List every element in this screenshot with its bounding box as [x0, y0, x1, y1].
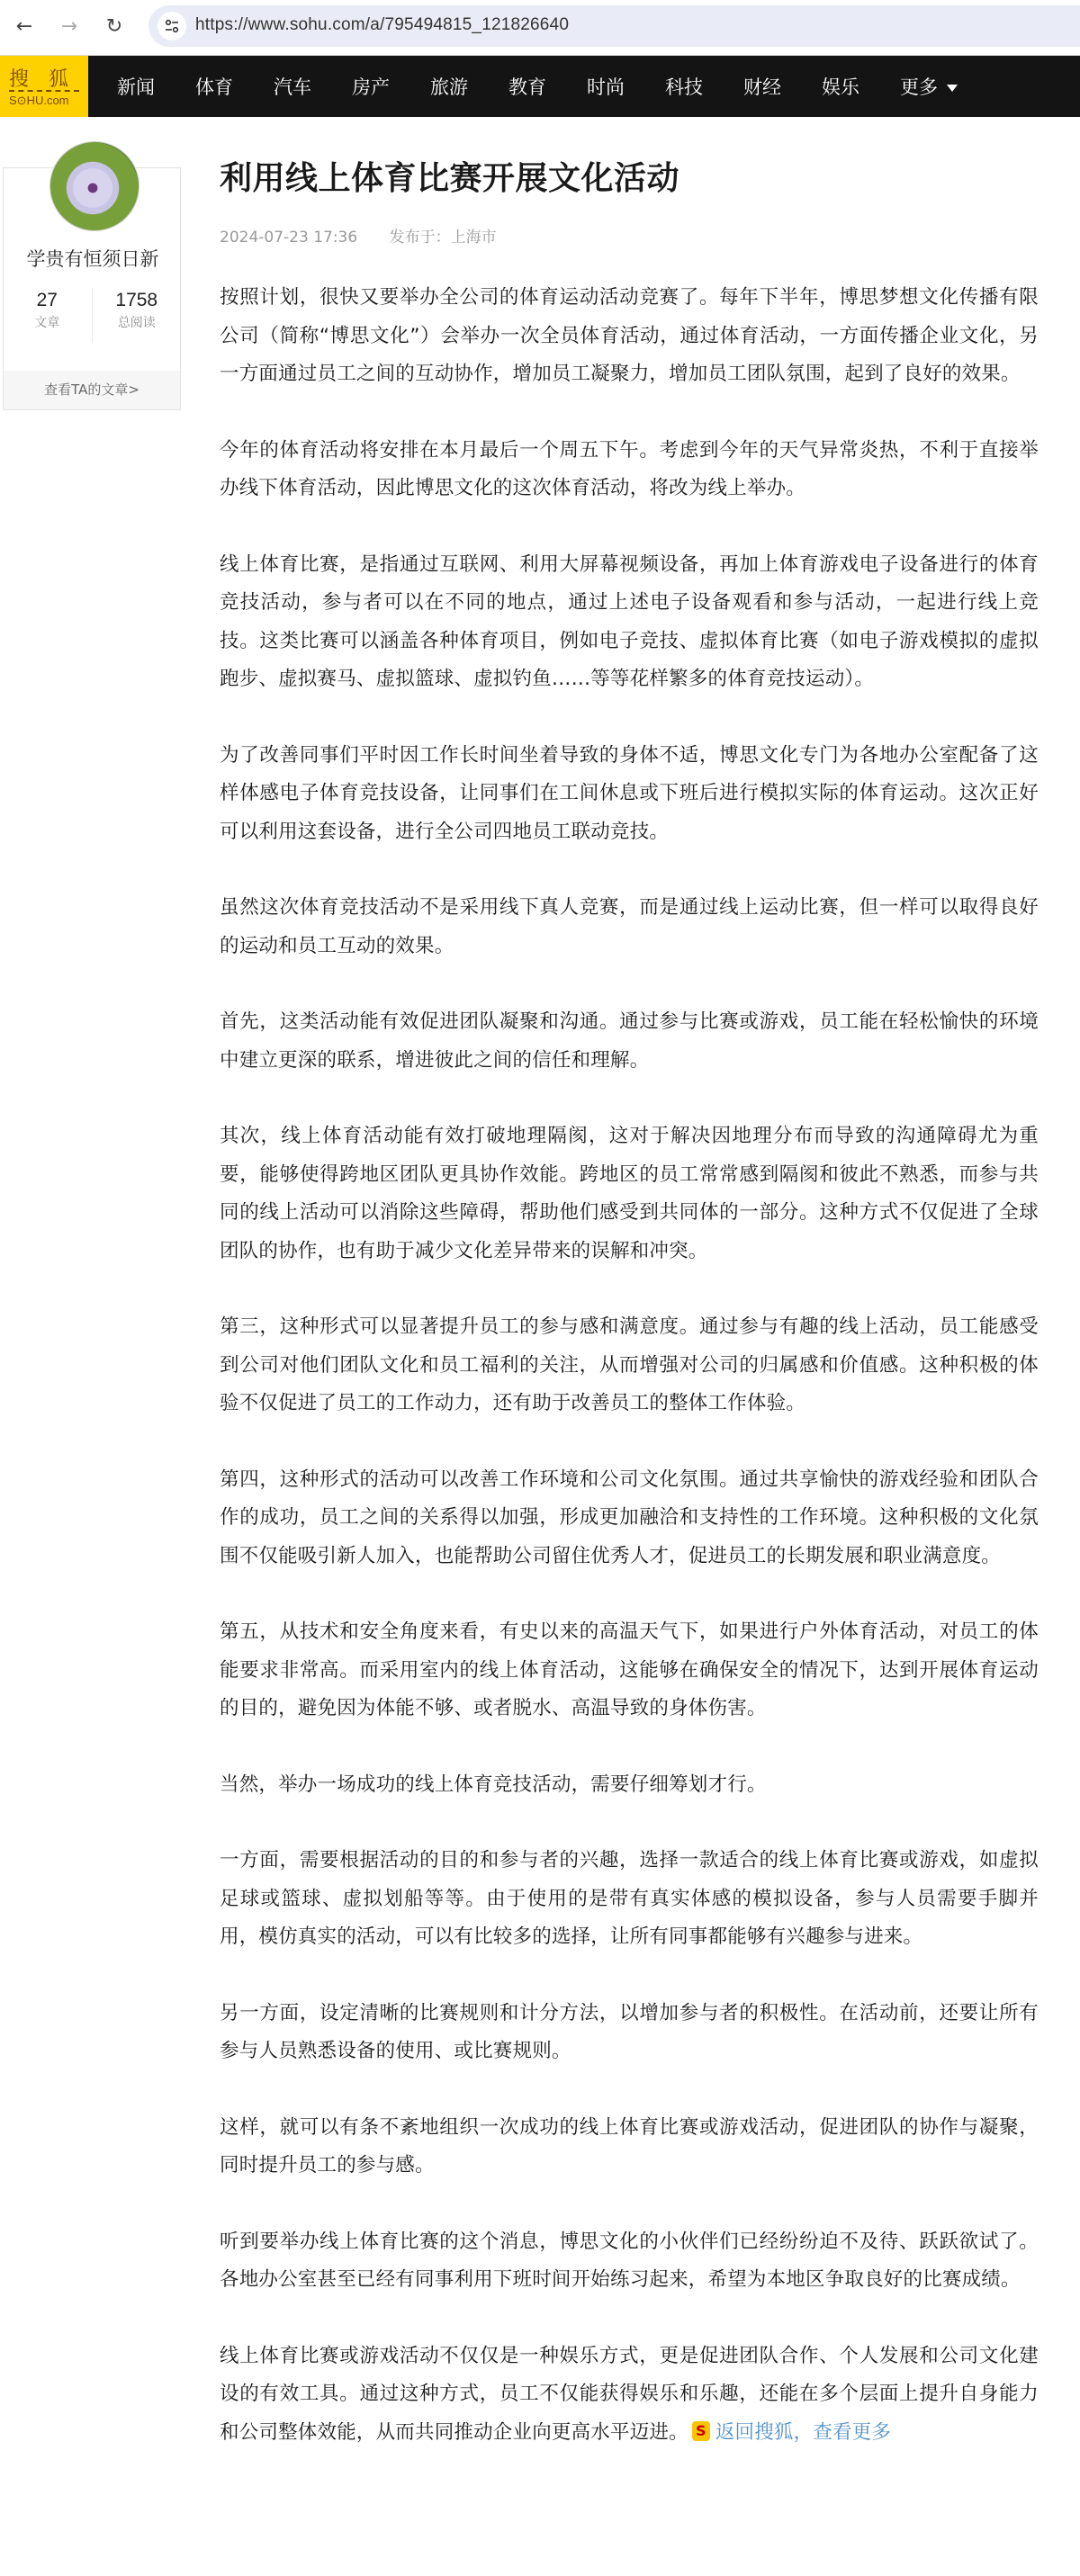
- reload-button[interactable]: ↻: [101, 13, 128, 40]
- sohu-badge-icon: S: [692, 2421, 710, 2441]
- nav-item-more[interactable]: 更多: [900, 73, 958, 100]
- forward-button[interactable]: →: [56, 13, 83, 40]
- stat-reads: 1758 总阅读: [92, 288, 182, 342]
- browser-toolbar: ← → ↻ https://www.sohu.com/a/795494815_1…: [0, 0, 1080, 56]
- site-nav: 搜狐 S⊙HU.com 新闻 体育 汽车 房产 旅游 教育 时尚 科技 财经 娱…: [0, 56, 1080, 117]
- reads-label: 总阅读: [93, 313, 182, 333]
- logo-text-cn: 搜狐: [9, 64, 88, 92]
- last-paragraph: 线上体育比赛或游戏活动不仅仅是一种娱乐方式，更是促进团队合作、个人发展和公司文化…: [220, 2338, 1039, 2453]
- article-meta: 2024-07-23 17:36 发布于：上海市: [220, 224, 1039, 247]
- article-body: 按照计划，很快又要举办全公司的体育运动活动竞赛了。每年下半年，博思梦想文化传播有…: [220, 279, 1039, 2452]
- address-bar[interactable]: https://www.sohu.com/a/795494815_1218266…: [148, 5, 1080, 47]
- paragraph: 首先，这类活动能有效促进团队凝聚和沟通。通过参与比赛或游戏，员工能在轻松愉快的环…: [220, 1003, 1039, 1080]
- paragraph: 一方面，需要根据活动的目的和参与者的兴趣，选择一款适合的线上体育比赛或游戏，如虚…: [220, 1842, 1039, 1957]
- nav-item-tech[interactable]: 科技: [665, 73, 703, 100]
- site-settings-icon[interactable]: [157, 12, 186, 40]
- caret-down-icon: [947, 85, 958, 92]
- sohu-logo[interactable]: 搜狐 S⊙HU.com: [0, 56, 88, 117]
- nav-menu: 新闻 体育 汽车 房产 旅游 教育 时尚 科技 财经 娱乐 更多: [117, 56, 998, 117]
- arrow-right-icon: →: [61, 15, 77, 38]
- paragraph: 另一方面，设定清晰的比赛规则和计分方法，以增加参与者的积极性。在活动前，还要让所…: [220, 1995, 1039, 2071]
- paragraph: 按照计划，很快又要举办全公司的体育运动活动竞赛了。每年下半年，博思梦想文化传播有…: [220, 279, 1039, 394]
- article: 利用线上体育比赛开展文化活动 2024-07-23 17:36 发布于：上海市 …: [220, 157, 1039, 2490]
- back-to-sohu-link[interactable]: 返回搜狐，查看更多: [715, 2421, 891, 2444]
- nav-more-label: 更多: [900, 76, 938, 98]
- article-title: 利用线上体育比赛开展文化活动: [220, 157, 1039, 202]
- url-text[interactable]: https://www.sohu.com/a/795494815_1218266…: [195, 15, 569, 35]
- back-button[interactable]: ←: [11, 13, 38, 40]
- paragraph: 听到要举办线上体育比赛的这个消息，博思文化的小伙伴们已经纷纷迫不及待、跃跃欲试了…: [220, 2223, 1039, 2300]
- author-name[interactable]: 学贵有恒须日新: [0, 245, 185, 272]
- logo-text-en: S⊙HU.com: [9, 94, 69, 108]
- paragraph: 为了改善同事们平时因工作长时间坐着导致的身体不适，博思文化专门为各地办公室配备了…: [220, 737, 1039, 852]
- nav-item-sports[interactable]: 体育: [195, 73, 233, 100]
- nav-item-fashion[interactable]: 时尚: [587, 73, 625, 100]
- paragraph: 第三，这种形式可以显著提升员工的参与感和满意度。通过参与有趣的线上活动，员工能感…: [220, 1308, 1039, 1423]
- nav-item-finance[interactable]: 财经: [743, 73, 781, 100]
- nav-item-education[interactable]: 教育: [508, 73, 546, 100]
- publish-location: 发布于：上海市: [390, 229, 497, 247]
- nav-item-realestate[interactable]: 房产: [352, 73, 390, 100]
- reload-icon: ↻: [106, 15, 122, 38]
- stat-articles: 27 文章: [3, 288, 92, 342]
- paragraph: 第五，从技术和安全角度来看，有史以来的高温天气下，如果进行户外体育活动，对员工的…: [220, 1613, 1039, 1728]
- publish-time: 2024-07-23 17:36: [220, 229, 357, 247]
- paragraph: 虽然这次体育竞技活动不是采用线下真人竞赛，而是通过线上运动比赛，但一样可以取得良…: [220, 889, 1039, 965]
- articles-label: 文章: [3, 313, 92, 333]
- view-author-articles-link[interactable]: 查看TA的文章>: [4, 371, 180, 409]
- nav-item-entertainment[interactable]: 娱乐: [822, 73, 859, 100]
- paragraph: 其次，线上体育活动能有效打破地理隔阂，这对于解决因地理分布而导致的沟通障碍尤为重…: [220, 1117, 1039, 1270]
- articles-count: 27: [3, 288, 92, 313]
- paragraph: 今年的体育活动将安排在本月最后一个周五下午。考虑到今年的天气异常炎热，不利于直接…: [220, 432, 1039, 508]
- logo-divider: [9, 90, 79, 92]
- author-stats: 27 文章 1758 总阅读: [3, 288, 181, 342]
- arrow-left-icon: ←: [16, 15, 32, 38]
- paragraph: 这样，就可以有条不紊地组织一次成功的线上体育比赛或游戏活动，促进团队的协作与凝聚…: [220, 2109, 1039, 2186]
- nav-item-news[interactable]: 新闻: [117, 73, 155, 100]
- paragraph: 线上体育比赛，是指通过互联网、利用大屏幕视频设备，再加上体育游戏电子设备进行的体…: [220, 546, 1039, 699]
- author-avatar[interactable]: [49, 141, 139, 231]
- nav-item-travel[interactable]: 旅游: [430, 73, 468, 100]
- reads-count: 1758: [93, 288, 182, 313]
- nav-item-auto[interactable]: 汽车: [274, 73, 311, 100]
- paragraph-text: 线上体育比赛或游戏活动不仅仅是一种娱乐方式，更是促进团队合作、个人发展和公司文化…: [220, 2345, 1039, 2444]
- paragraph: 当然，举办一场成功的线上体育竞技活动，需要仔细筹划才行。: [220, 1766, 1039, 1805]
- paragraph: 第四，这种形式的活动可以改善工作环境和公司文化氛围。通过共享愉快的游戏经验和团队…: [220, 1461, 1039, 1576]
